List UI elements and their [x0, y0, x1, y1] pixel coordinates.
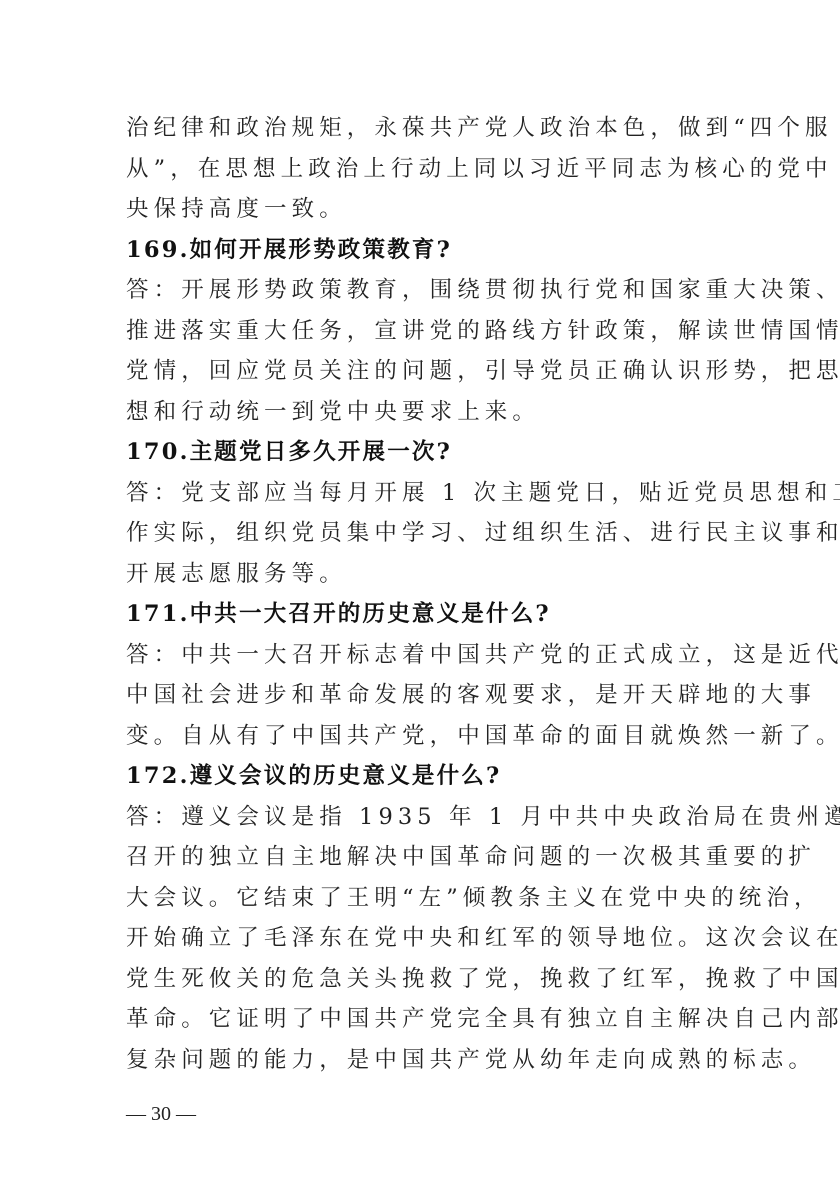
answer-line: 想和行动统一到党中央要求上来。	[126, 392, 716, 433]
answer-line: 党情，回应党员关注的问题，引导党员正确认识形势，把思	[126, 351, 716, 392]
answer-line: 推进落实重大任务，宣讲党的路线方针政策，解读世情国情	[126, 311, 716, 352]
body-line: 治纪律和政治规矩，永葆共产党人政治本色，做到“四个服	[126, 108, 716, 149]
answer-line: 答：遵义会议是指 1935 年 1 月中共中央政治局在贵州遵义	[126, 797, 716, 838]
answer-line: 大会议。它结束了王明“左”倾教条主义在党中央的统治，	[126, 878, 716, 919]
page-number: — 30 —	[126, 1100, 196, 1128]
answer-line: 召开的独立自主地解决中国革命问题的一次极其重要的扩	[126, 837, 716, 878]
answer-line: 答：党支部应当每月开展 1 次主题党日，贴近党员思想和工	[126, 473, 716, 514]
answer-line: 答：中共一大召开标志着中国共产党的正式成立，这是近代	[126, 635, 716, 676]
answer-line: 中国社会进步和革命发展的客观要求，是开天辟地的大事	[126, 675, 716, 716]
answer-line: 党生死攸关的危急关头挽救了党，挽救了红军，挽救了中国	[126, 959, 716, 1000]
answer-line: 作实际，组织党员集中学习、过组织生活、进行民主议事和	[126, 513, 716, 554]
body-line: 央保持高度一致。	[126, 189, 716, 230]
answer-line: 复杂问题的能力，是中国共产党从幼年走向成熟的标志。	[126, 1040, 716, 1081]
answer-line: 变。自从有了中国共产党，中国革命的面目就焕然一新了。	[126, 716, 716, 757]
document-page: 治纪律和政治规矩，永葆共产党人政治本色，做到“四个服 从”，在思想上政治上行动上…	[126, 108, 716, 1080]
question-heading-171: 171.中共一大召开的历史意义是什么?	[126, 594, 716, 635]
body-line: 从”，在思想上政治上行动上同以习近平同志为核心的党中	[126, 149, 716, 190]
answer-line: 答：开展形势政策教育，围绕贯彻执行党和国家重大决策、	[126, 270, 716, 311]
question-heading-172: 172.遵义会议的历史意义是什么?	[126, 756, 716, 797]
answer-line: 开展志愿服务等。	[126, 554, 716, 595]
question-heading-169: 169.如何开展形势政策教育?	[126, 230, 716, 271]
answer-line: 革命。它证明了中国共产党完全具有独立自主解决自己内部	[126, 999, 716, 1040]
question-heading-170: 170.主题党日多久开展一次?	[126, 432, 716, 473]
answer-line: 开始确立了毛泽东在党中央和红军的领导地位。这次会议在	[126, 918, 716, 959]
